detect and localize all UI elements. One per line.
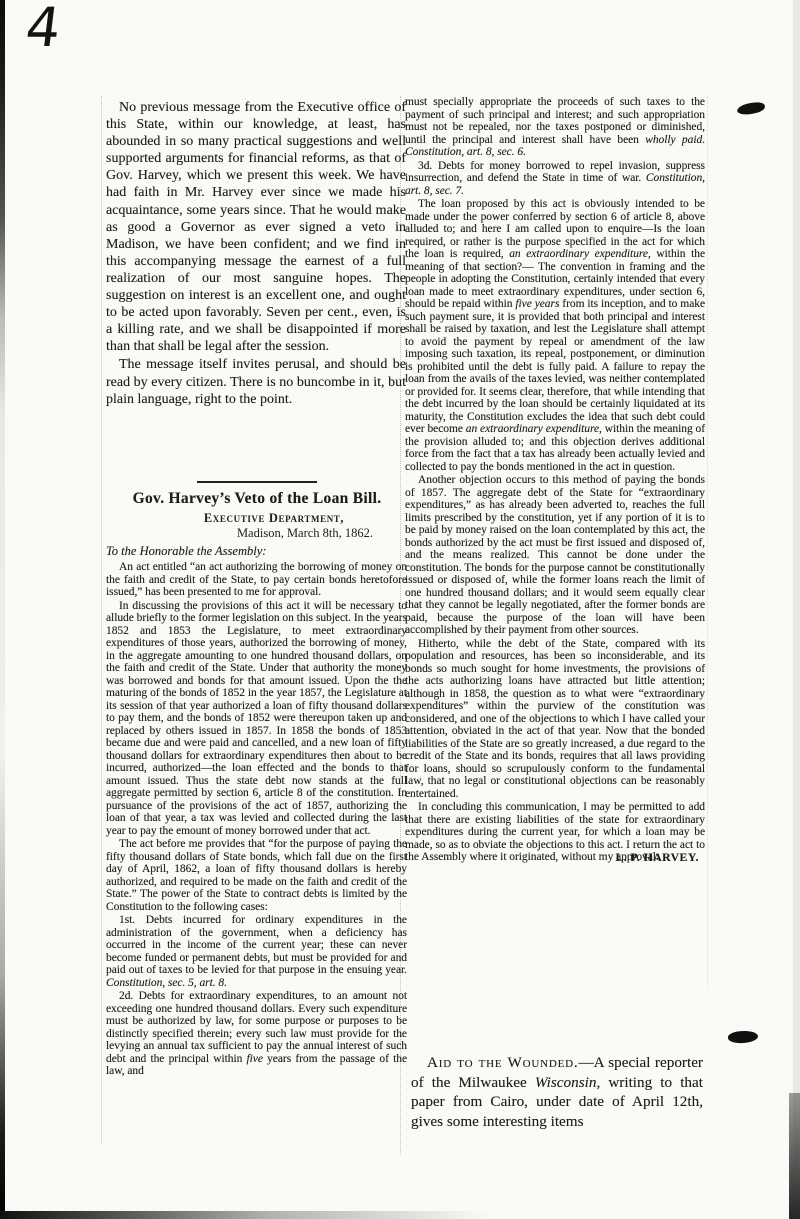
editorial-paragraph: The message itself invites perusal, and … xyxy=(106,356,406,407)
scanned-newspaper-page: 4 No previous message from the Executive… xyxy=(0,0,800,1219)
handwritten-page-number: 4 xyxy=(22,0,64,59)
column-rule-left xyxy=(101,96,102,1144)
veto-paragraph: The act before me provides that “for the… xyxy=(106,838,407,913)
veto-paragraph: 3d. Debts for money borrowed to repel in… xyxy=(405,160,705,198)
scan-edge-right xyxy=(793,0,800,1219)
veto-body-right-column: must specially appropriate the proceeds … xyxy=(405,96,705,864)
veto-paragraph: must specially appropriate the proceeds … xyxy=(405,96,705,159)
article-heading-block: Gov. Harvey’s Veto of the Loan Bill. Exe… xyxy=(106,481,408,559)
veto-paragraph: The loan proposed by this act is obvious… xyxy=(405,198,705,473)
aid-paragraph: Aid to the Wounded.—A special reporter o… xyxy=(411,1053,703,1131)
veto-paragraph: An act entitled “an act authorizing the … xyxy=(106,561,407,599)
ink-blot-bottom xyxy=(728,1030,759,1045)
scan-edge-right-dark xyxy=(789,1093,800,1219)
ink-blot-top xyxy=(736,101,765,115)
editorial-paragraph: No previous message from the Executive o… xyxy=(106,99,406,355)
veto-paragraph: In discussing the provisions of this act… xyxy=(106,600,407,838)
aid-to-the-wounded-item: Aid to the Wounded.—A special reporter o… xyxy=(411,1053,703,1131)
veto-paragraph: Another objection occurs to this method … xyxy=(405,474,705,637)
article-title: Gov. Harvey’s Veto of the Loan Bill. xyxy=(106,490,408,508)
veto-paragraph: Hitherto, while the debt of the State, c… xyxy=(405,638,705,801)
veto-paragraph: 2d. Debts for extraordinary expenditures… xyxy=(106,990,407,1078)
section-divider-rule xyxy=(197,481,317,483)
editorial-intro: No previous message from the Executive o… xyxy=(106,99,406,408)
scan-edge-bottom xyxy=(0,1211,490,1219)
column-rule-right xyxy=(707,96,708,986)
aid-item-lead: Aid to the Wounded. xyxy=(427,1054,578,1071)
veto-paragraph: 1st. Debts incurred for ordinary expendi… xyxy=(106,914,407,989)
scan-edge-left xyxy=(0,0,5,1219)
salutation: To the Honorable the Assembly: xyxy=(106,544,408,559)
veto-body-left-column: An act entitled “an act authorizing the … xyxy=(106,561,407,1078)
dateline-department: Executive Department, xyxy=(140,511,408,526)
dateline-place-date: Madison, March 8th, 1862. xyxy=(202,526,408,541)
